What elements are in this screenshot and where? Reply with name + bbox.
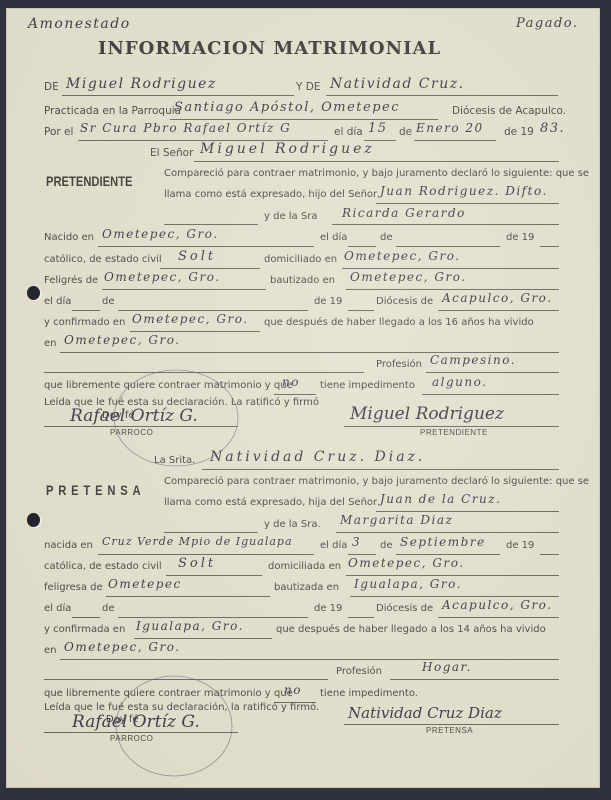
line (72, 617, 100, 618)
el-dia-label: el día (44, 296, 71, 307)
bautizada-label: bautizada en (274, 582, 339, 593)
line (414, 140, 496, 141)
hija-label: llama como está expresado, hija del Seño… (164, 497, 377, 508)
en-label: en (44, 645, 57, 656)
line (164, 532, 258, 533)
de-label: de (102, 603, 115, 614)
line (118, 617, 308, 618)
line (346, 289, 559, 290)
line (60, 659, 559, 660)
document-title: INFORMACION MATRIMONIAL (98, 38, 441, 59)
line (274, 394, 316, 395)
line (422, 394, 559, 395)
mes-field: Septiembre (400, 535, 486, 549)
punch-hole (27, 513, 40, 527)
line (102, 289, 266, 290)
el-dia-label: el día (320, 540, 347, 551)
impedimento-field: alguno. (432, 375, 487, 389)
por-el-label: Por el (44, 126, 73, 138)
punch-hole (27, 286, 40, 300)
impedimento-text: tiene impedimento. (320, 688, 418, 699)
parroquia-label: Practicada en la Parroquia (44, 105, 181, 117)
de19-label: de 19 (314, 603, 342, 614)
domiciliada-field: Ometepec, Gro. (348, 556, 465, 570)
line (98, 246, 314, 247)
feligresa-field: Ometepec (108, 577, 182, 591)
line (426, 372, 559, 373)
line (348, 246, 376, 247)
bride-name-field: Natividad Cruz. (330, 76, 465, 92)
domiciliado-label: domiciliado en (264, 254, 337, 265)
dia-field: 15 (368, 121, 388, 136)
diocesis-label: Diócesis de (376, 296, 433, 307)
madre-label: y de la Sra (264, 211, 317, 222)
bautizada-field: Igualapa, Gro. (354, 577, 462, 591)
hijo-label: llama como está expresado, hijo del Seño… (164, 189, 377, 200)
senor-field: Miguel Rodriguez (200, 141, 375, 157)
dia-field: 3 (352, 535, 361, 549)
nacida-field: Cruz Verde Mpio de Igualapa (102, 535, 293, 548)
anio-label: de 19 (504, 126, 534, 138)
line (336, 532, 559, 533)
diocesis-field: Acapulco, Gro. (442, 291, 553, 305)
line (118, 310, 308, 311)
line (170, 119, 438, 120)
feligres-label: Feligrés de (44, 275, 98, 286)
line (346, 575, 559, 576)
de-label: de (380, 540, 393, 551)
line (390, 679, 559, 680)
pretensa-section-label: PRETENSA (46, 482, 145, 498)
profesion-label: Profesión (376, 359, 422, 370)
line (194, 161, 559, 162)
domiciliado-field: Ometepec, Gro. (344, 249, 461, 263)
el-senor-label: El Señor (150, 147, 193, 159)
line (396, 246, 500, 247)
no-field: no (282, 375, 300, 389)
confirmada-label: y confirmada en (44, 624, 125, 635)
nacido-label: Nacido en (44, 232, 94, 243)
nacida-label: nacida en (44, 540, 93, 551)
despues-text: que después de haber llegado a los 14 añ… (276, 624, 546, 635)
annotation-pagado: Pagado. (516, 16, 579, 31)
line (396, 554, 500, 555)
line (540, 554, 559, 555)
pretensa-signature: Natividad Cruz Diaz (348, 704, 502, 722)
vivido-field: Ometepec, Gro. (64, 640, 181, 654)
pretendiente-caption: PRETENDIENTE (420, 428, 488, 437)
pretensa-caption: PRETENSA (426, 726, 473, 735)
el-dia-label: el día (320, 232, 347, 243)
line (344, 724, 559, 725)
catolica-label: católica, de estado civil (44, 561, 162, 572)
bautizado-field: Ometepec, Gro. (350, 270, 467, 284)
madre-field: Ricarda Gerardo (342, 206, 466, 220)
line (160, 268, 260, 269)
feligres-field: Ometepec, Gro. (104, 270, 221, 284)
confirmado-label: y confirmado en (44, 317, 125, 328)
de-label: DE (44, 81, 59, 93)
profesion-field: Hogar. (422, 660, 472, 674)
line (134, 638, 272, 639)
seal-stamp-outline (106, 668, 246, 783)
de19-label: de 19 (314, 296, 342, 307)
el-dia-label: el día (334, 126, 363, 138)
annotation-amonestado: Amonestado (28, 16, 131, 32)
confirmado-field: Ometepec, Gro. (132, 312, 249, 326)
pretendiente-signature: Miguel Rodriguez (350, 404, 504, 424)
line (348, 554, 376, 555)
line (342, 268, 559, 269)
vivido-field: Ometepec, Gro. (64, 333, 181, 347)
line (98, 554, 314, 555)
pretendiente-section-label: PRETENDIENTE (46, 173, 133, 189)
groom-name-field: Miguel Rodriguez (66, 76, 217, 92)
line (348, 310, 374, 311)
padre-field: Juan Rodriguez. Difto. (380, 184, 548, 198)
line (376, 511, 559, 512)
nacido-field: Ometepec, Gro. (102, 227, 219, 241)
y-de-label: Y DE (296, 81, 320, 93)
line (326, 95, 558, 96)
line (62, 95, 294, 96)
de-label: de (380, 232, 393, 243)
despues-text: que después de haber llegado a los 16 añ… (264, 317, 534, 328)
compare-text: Compareció para contraer matrimonio, y b… (164, 168, 589, 179)
diocesis-label: Diócesis de (376, 603, 433, 614)
domiciliada-label: domiciliada en (268, 561, 341, 572)
line (540, 246, 559, 247)
diocesis-field: Acapulco, Gro. (442, 598, 553, 612)
de-label: de (399, 126, 412, 138)
madre-label: y de la Sra. (264, 519, 321, 530)
line (202, 469, 559, 470)
estado-civil-field: Solt (178, 249, 216, 264)
profesion-field: Campesino. (430, 353, 516, 367)
line (348, 617, 374, 618)
anio-field: 83. (540, 121, 565, 136)
line (164, 224, 258, 225)
padre-field: Juan de la Cruz. (380, 492, 501, 506)
madre-field: Margarita Diaz (340, 513, 453, 527)
de-label: de (102, 296, 115, 307)
line (166, 575, 262, 576)
mes-field: Enero 20 (416, 121, 484, 135)
en-label: en (44, 338, 57, 349)
line (130, 331, 260, 332)
bautizado-label: bautizado en (270, 275, 335, 286)
feligresa-label: feligresa de (44, 582, 103, 593)
por-el-field: Sr Cura Pbro Rafael Ortíz G (80, 121, 291, 135)
line (72, 310, 100, 311)
de19-label: de 19 (506, 540, 534, 551)
seal-stamp-outline (106, 363, 246, 473)
parroquia-field: Santiago Apóstol, Ometepec (174, 100, 400, 115)
profesion-label: Profesión (336, 666, 382, 677)
el-dia-label: el día (44, 603, 71, 614)
line (332, 224, 559, 225)
compare-text: Compareció para contraer matrimonio, y b… (164, 476, 589, 487)
line (376, 203, 559, 204)
document-page: Amonestado Pagado. INFORMACION MATRIMONI… (6, 8, 600, 788)
confirmada-field: Igualapa, Gro. (136, 619, 244, 633)
catolico-label: católico, de estado civil (44, 254, 162, 265)
line (438, 310, 559, 311)
line (106, 596, 270, 597)
impedimento-text: tiene impedimento (320, 380, 415, 391)
no-field: no (284, 683, 302, 697)
de19-label: de 19 (506, 232, 534, 243)
estado-civil-field: Solt (178, 556, 216, 571)
diocesis-acapulco-label: Diócesis de Acapulco. (452, 105, 566, 117)
line (438, 617, 559, 618)
line (344, 426, 559, 427)
line (350, 596, 559, 597)
